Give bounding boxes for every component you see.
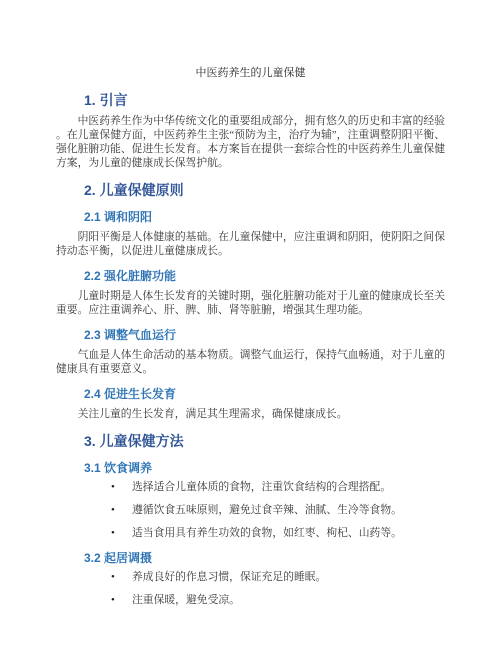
paragraph-yin-yang: 阴阳平衡是人体健康的基础。在儿童保健中，应注重调和阴阳，使阴阳之间保持动态平衡，… [56,230,445,258]
subsection-heading-organs: 2.2 强化脏腑功能 [84,269,445,284]
bullet-dot-icon [111,503,132,517]
paragraph-organs: 儿童时期是人体生长发育的关键时期，强化脏腑功能对于儿童的健康成长至关重要。应注重… [56,289,445,317]
list-item: 遵循饮食五味原则，避免过食辛辣、油腻、生冷等食物。 [111,503,445,517]
subsection-heading-qi-blood: 2.3 调整气血运行 [84,328,445,343]
document-title: 中医药养生的儿童保健 [56,66,445,80]
list-item-text: 注重保暖，避免受凉。 [132,593,445,607]
section-heading-introduction: 1. 引言 [84,91,445,109]
subsection-heading-yin-yang: 2.1 调和阴阳 [84,210,445,225]
list-item-text: 适当食用具有养生功效的食物，如红枣、枸杞、山药等。 [132,526,445,540]
bullet-dot-icon [111,570,132,584]
paragraph-qi-blood: 气血是人体生命活动的基本物质。调整气血运行，保持气血畅通，对于儿童的健康具有重要… [56,348,445,376]
list-item-text: 遵循饮食五味原则，避免过食辛辣、油腻、生冷等食物。 [132,503,445,517]
list-item: 选择适合儿童体质的食物，注重饮食结构的合理搭配。 [111,480,445,494]
list-item-text: 养成良好的作息习惯，保证充足的睡眠。 [132,570,445,584]
list-item-text: 选择适合儿童体质的食物，注重饮食结构的合理搭配。 [132,480,445,494]
subsection-heading-diet: 3.1 饮食调养 [84,461,445,476]
paragraph-growth: 关注儿童的生长发育，满足其生理需求，确保健康成长。 [56,407,445,421]
bullet-dot-icon [111,526,132,540]
section-heading-methods: 3. 儿童保健方法 [84,432,445,450]
bullet-dot-icon [111,480,132,494]
diet-bullet-list: 选择适合儿童体质的食物，注重饮食结构的合理搭配。 遵循饮食五味原则，避免过食辛辣… [56,480,445,540]
subsection-heading-growth: 2.4 促进生长发育 [84,387,445,402]
paragraph-introduction: 中医药养生作为中华传统文化的重要组成部分，拥有悠久的历史和丰富的经验。在儿童保健… [56,114,445,170]
list-item: 养成良好的作息习惯，保证充足的睡眠。 [111,570,445,584]
document-page: 中医药养生的儿童保健 1. 引言 中医药养生作为中华传统文化的重要组成部分，拥有… [0,0,500,647]
bullet-dot-icon [111,593,132,607]
section-heading-principles: 2. 儿童保健原则 [84,181,445,199]
subsection-heading-daily-routine: 3.2 起居调摄 [84,551,445,566]
list-item: 注重保暖，避免受凉。 [111,593,445,607]
list-item: 适当食用具有养生功效的食物，如红枣、枸杞、山药等。 [111,526,445,540]
routine-bullet-list: 养成良好的作息习惯，保证充足的睡眠。 注重保暖，避免受凉。 [56,570,445,607]
